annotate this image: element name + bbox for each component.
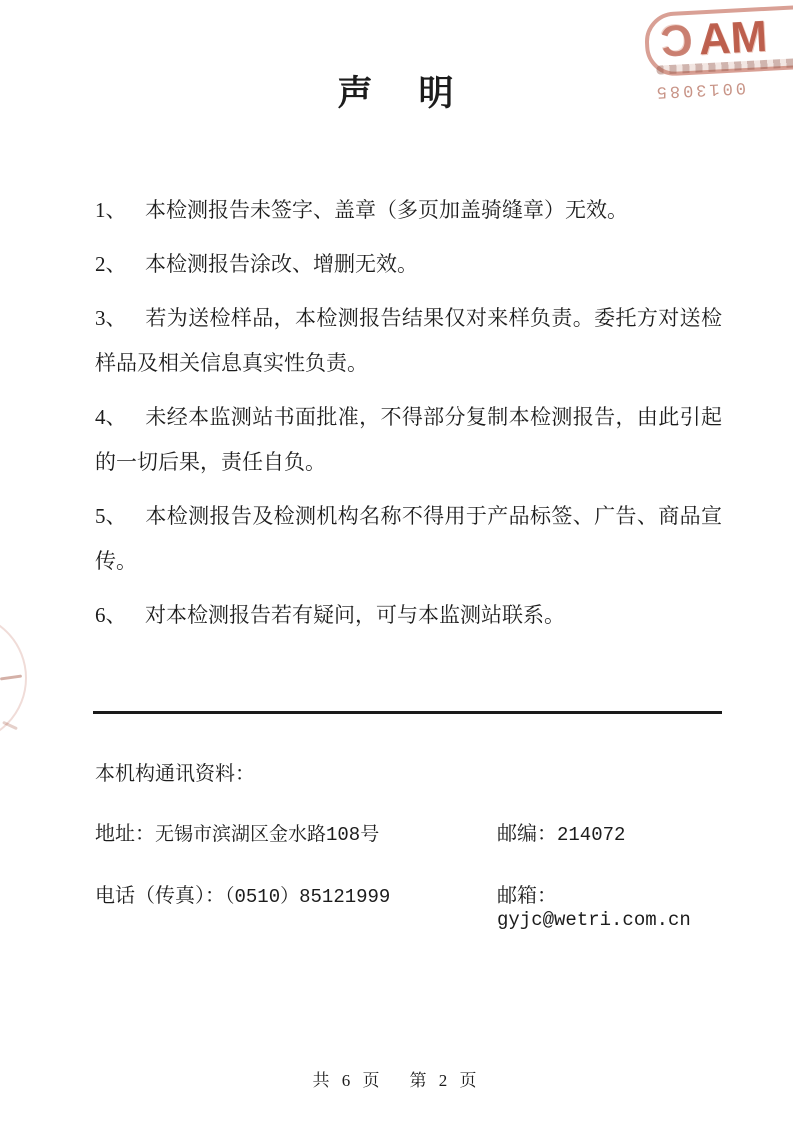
statement-text: 若为送检样品，本检测报告结果仅对来样负责。委托方对送检样品及相关信息真实性负责。 <box>95 306 722 375</box>
email-label: 邮箱： <box>497 885 557 907</box>
contact-row-phone: 电话（传真）：（0510）85121999 邮箱：gyjc@wetri.com.… <box>95 879 722 908</box>
cma-stamp-partial-letter: C <box>660 17 694 63</box>
cma-stamp: C AM 0013085 <box>643 3 793 77</box>
statement-item-4: 4、未经本监测站书面批准，不得部分复制本检测报告，由此引起的一切后果，责任自负。 <box>95 395 722 485</box>
page-title-char: 明 <box>419 66 456 116</box>
statement-text: 对本检测报告若有疑问，可与本监测站联系。 <box>145 603 565 627</box>
statement-item-2: 2、本检测报告涂改、增删无效。 <box>95 242 722 287</box>
statement-number: 5、 <box>95 494 145 539</box>
footer-current-page: 第 2 页 <box>410 1066 481 1091</box>
statement-item-6: 6、对本检测报告若有疑问，可与本监测站联系。 <box>95 593 722 638</box>
statement-number: 1、 <box>95 188 145 233</box>
statement-text: 本检测报告涂改、增删无效。 <box>145 252 418 276</box>
postcode-value: 214072 <box>557 824 625 846</box>
statement-text: 未经本监测站书面批准，不得部分复制本检测报告，由此引起的一切后果，责任自负。 <box>95 405 722 474</box>
statement-item-3: 3、若为送检样品，本检测报告结果仅对来样负责。委托方对送检样品及相关信息真实性负… <box>95 296 722 386</box>
page-title-char: 声 <box>337 66 374 116</box>
phone-label: 电话（传真）： <box>95 885 225 907</box>
statement-text: 本检测报告未签字、盖章（多页加盖骑缝章）无效。 <box>145 198 628 222</box>
email-value: gyjc@wetri.com.cn <box>497 909 691 931</box>
statement-item-1: 1、本检测报告未签字、盖章（多页加盖骑缝章）无效。 <box>95 188 722 233</box>
address-label: 地址： <box>95 823 155 845</box>
address-value: 无锡市滨湖区金水路108号 <box>155 824 379 846</box>
section-divider <box>93 711 722 714</box>
statement-number: 4、 <box>95 395 145 440</box>
contact-col-email: 邮箱：gyjc@wetri.com.cn <box>497 879 722 931</box>
cma-stamp-letters: C AM <box>660 15 768 64</box>
statement-number: 3、 <box>95 296 145 341</box>
statement-number: 6、 <box>95 593 145 638</box>
phone-value: （0510）85121999 <box>225 886 390 908</box>
cma-stamp-main-letters: AM <box>698 15 769 63</box>
contact-row-address: 地址：无锡市滨湖区金水路108号 邮编：214072 <box>95 817 722 846</box>
page-footer: 共 6 页 第 2 页 <box>0 1066 793 1091</box>
footer-total-pages: 共 6 页 <box>313 1066 384 1091</box>
statement-item-5: 5、本检测报告及检测机构名称不得用于产品标签、广告、商品宣传。 <box>95 494 722 584</box>
postcode-label: 邮编： <box>497 823 557 845</box>
statement-text: 本检测报告及检测机构名称不得用于产品标签、广告、商品宣传。 <box>95 504 722 573</box>
statement-list: 1、本检测报告未签字、盖章（多页加盖骑缝章）无效。 2、本检测报告涂改、增删无效… <box>95 188 722 647</box>
statement-number: 2、 <box>95 242 145 287</box>
contact-col-postcode: 邮编：214072 <box>497 817 625 846</box>
contact-heading: 本机构通讯资料： <box>95 757 255 786</box>
